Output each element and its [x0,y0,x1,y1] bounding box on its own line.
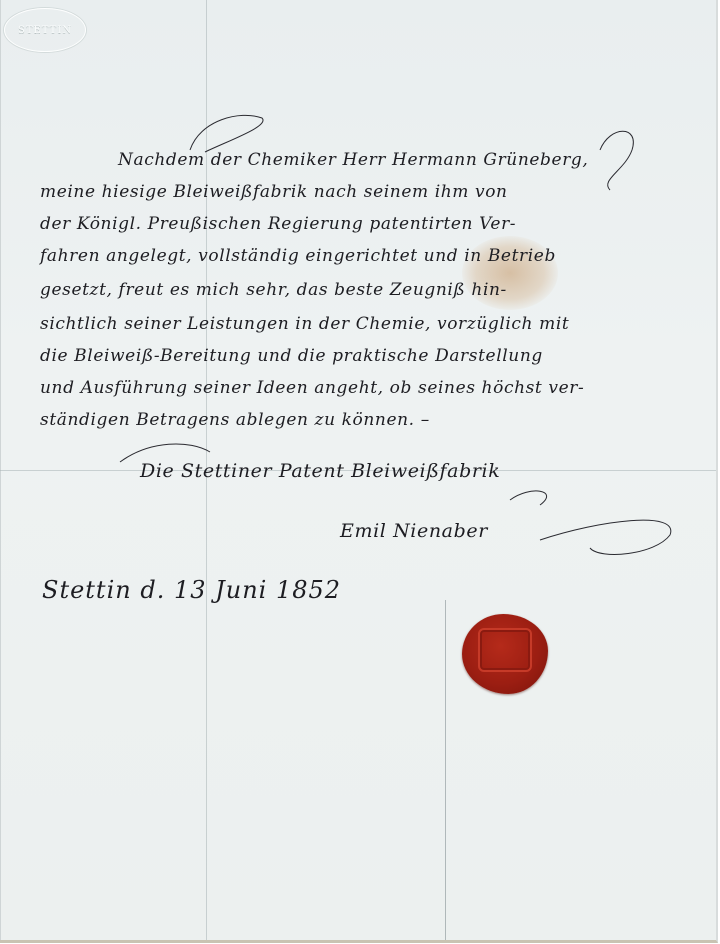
pen-flourishes [0,0,716,940]
seal-impression [478,628,532,672]
place-date: Stettin d. 13 Juni 1852 [42,576,341,604]
wax-seal [462,614,548,694]
letter-sheet: STETTIN Nachdem der Chemiker Herr Herman… [0,0,718,943]
